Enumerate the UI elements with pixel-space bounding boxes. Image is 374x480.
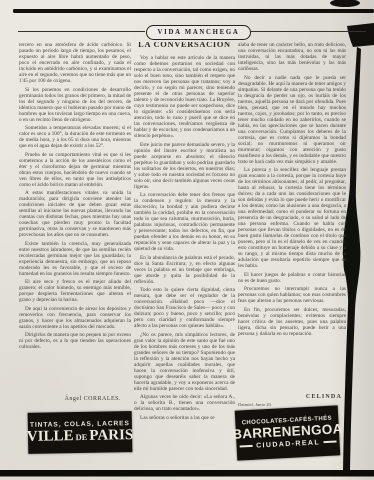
bottom-rule	[0, 470, 374, 477]
masthead-rule-left	[18, 31, 145, 32]
article-paragraph: Prueba de su comportamiento vital es que…	[19, 152, 131, 188]
article-column-middle: LA CONVERSACION Voy a hablar en este art…	[134, 42, 235, 456]
article-title: LA CONVERSACION	[134, 42, 235, 48]
article-column-right: alaba de tener un carácter bello, un tra…	[238, 42, 346, 408]
ad-city: CIUDAD-REAL	[256, 439, 320, 449]
article-paragraph: A estas manifestaciones vitales va unida…	[19, 190, 131, 238]
article-paragraph: Todo esto lo quiere cierta dignidad, cie…	[134, 287, 235, 329]
article-paragraph: La conversación debe tener dos frenos qu…	[134, 192, 235, 252]
masthead-box: VIDA MANCHEGA	[146, 25, 251, 40]
article-paragraph: alaba de tener un carácter bello, un tra…	[238, 42, 346, 72]
article-paragraph: Dirigirlos de manera que no pequen ni po…	[19, 332, 131, 350]
author-signature-celinda: CELINDA	[238, 394, 346, 400]
article-paragraph: Existe también la creencia, muy generali…	[19, 241, 131, 277]
article-paragraph: La pureza y la sencillez del lenguaje pr…	[238, 167, 346, 269]
article-paragraph: Procuremos no interrumpir nunca a las pe…	[238, 286, 346, 304]
ad-ville-de-paris: TINTAS, COLAS, LACRES VILLE DE PARIS	[28, 411, 133, 454]
top-rule	[13, 9, 374, 13]
newspaper-scan-page: VIDA MANCHEGA tercero en una atmósfera d…	[0, 0, 374, 480]
section-title: VIDA MANCHEGA	[158, 29, 240, 36]
article-paragraph: Este juicio me parece demasiado severo, …	[134, 142, 235, 190]
article-paragraph: ¿No os parece, mis simpáticos lectores, …	[134, 332, 235, 392]
ad-dash-right	[323, 441, 336, 443]
article-paragraph: El hacer juegos de palabras o contar his…	[238, 272, 346, 284]
ad-dash-left	[240, 445, 253, 447]
scan-blob-top	[330, 0, 360, 7]
article-paragraph: En fin, procuremos ser dulces, mesuradas…	[238, 307, 346, 337]
ad-barrenengoa: CHOCOLATES-CAFÉS-THÉS BARRENENGOA CIUDAD…	[235, 405, 340, 460]
article-paragraph: De aquí la conveniencia de airear los de…	[19, 306, 131, 330]
article-paragraph: Sometidos a temperaturas elevadas mueren…	[19, 125, 131, 149]
author-signature-corrales: Ángel CORRALES.	[19, 396, 131, 402]
article-paragraph: En la abundancia de palabras está el pec…	[134, 255, 235, 285]
ad-brand-name: VILLE DE PARIS	[27, 428, 134, 446]
article-paragraph: tercero en una atmósfera de ácido carbón…	[19, 42, 131, 84]
article-column-left: tercero en una atmósfera de ácido carbón…	[19, 42, 131, 402]
article-paragraph: Voy a hablar en este artículo de la mane…	[134, 55, 235, 139]
masthead-rule-right	[250, 31, 366, 32]
article-paragraph: Algunas veces he oído decir: «La señora …	[134, 394, 235, 412]
scan-mark-top-right	[347, 23, 374, 47]
ad-word-de: DE	[75, 429, 87, 444]
article-paragraph: No decir a nadie nada que le pueda ser d…	[238, 75, 346, 165]
ad-word-paris: PARIS	[89, 428, 133, 444]
article-paragraph: Si les ponemos en condiciones de desarro…	[19, 87, 131, 123]
article-paragraph: Las señoras o señoritas a las que se	[134, 415, 235, 421]
ad-word-ville: VILLE	[27, 429, 74, 445]
article-paragraph: El aire seco y fresco es el mejor aliado…	[19, 279, 131, 303]
